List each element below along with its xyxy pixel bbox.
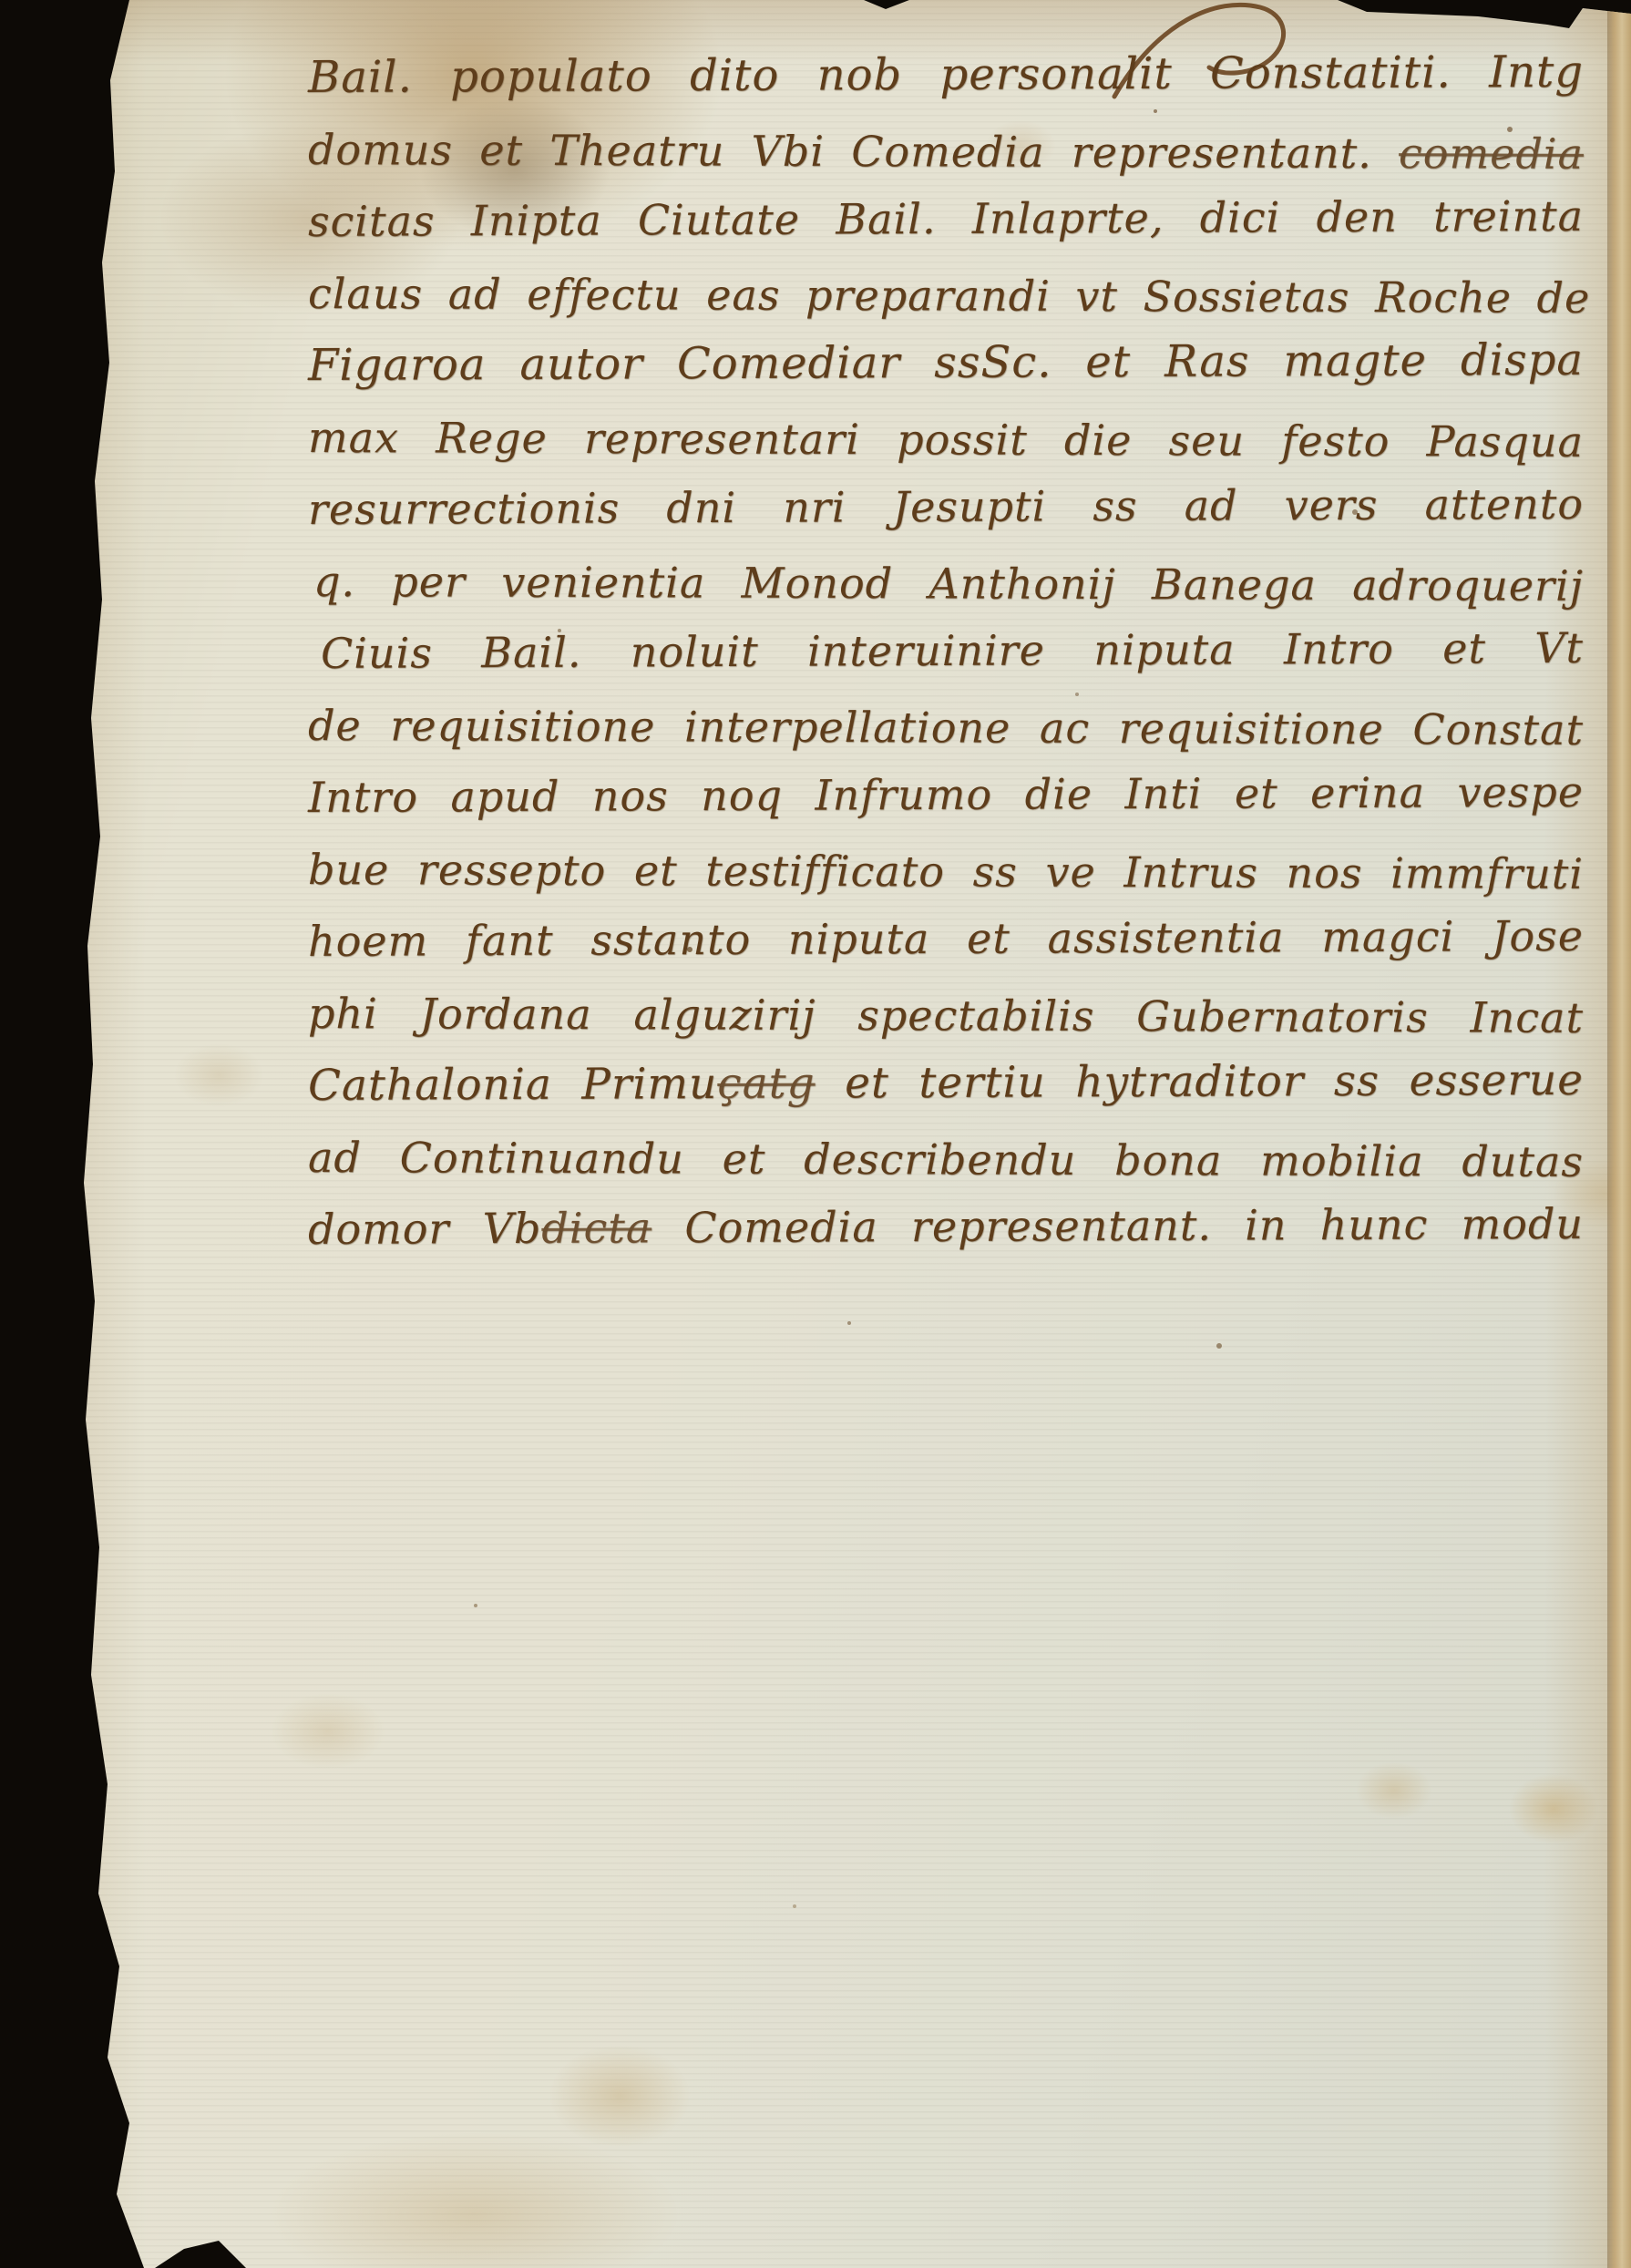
struck-text: comedia <box>1399 128 1584 179</box>
line-text: max Rege representari possit die seu fes… <box>308 413 1584 467</box>
manuscript-page: Bail. populato dito nob personalit Const… <box>0 0 1631 2268</box>
line-text: domor Vb <box>308 1204 542 1254</box>
line-text: resurrectionis dni nri Jesupti ss ad ver… <box>308 479 1584 534</box>
line-text: de requisitione interpellatione ac requi… <box>308 701 1584 754</box>
ink-specks <box>0 0 4 4</box>
line-text: phi Jordana alguzirij spectabilis Gubern… <box>308 989 1584 1042</box>
manuscript-line: domor Vbdicta Comedia representant. in h… <box>308 1188 1584 1266</box>
manuscript-line: Figaroa autor Comediar ssSc. et Ras magt… <box>308 324 1584 402</box>
line-text: ad Continuandu et describendu bona mobil… <box>308 1133 1584 1186</box>
manuscript-line: scitas Inipta Ciutate Bail. Inlaprte, di… <box>308 180 1584 258</box>
manuscript-line: max Rege representari possit die seu fes… <box>308 402 1584 478</box>
struck-text: çatg <box>717 1059 815 1109</box>
manuscript-line: de requisitione interpellatione ac requi… <box>308 690 1584 766</box>
manuscript-text: Bail. populato dito nob personalit Const… <box>308 42 1584 1266</box>
line-text: hoem fant sstanto niputa et assistentia … <box>308 911 1584 966</box>
page-fold-edge <box>1607 7 1631 2268</box>
manuscript-line: Bail. populato dito nob personalit Const… <box>308 36 1584 114</box>
manuscript-line: claus ad effectu eas preparandi vt Sossi… <box>308 258 1584 334</box>
line-text: Comedia representant. in hunc modu <box>651 1199 1584 1252</box>
manuscript-line: phi Jordana alguzirij spectabilis Gubern… <box>308 978 1584 1054</box>
manuscript-line: bue ressepto et testifficato ss ve Intru… <box>308 834 1584 910</box>
line-text: Ciuis Bail. noluit interuinire niputa In… <box>321 623 1584 678</box>
manuscript-line: hoem fant sstanto niputa et assistentia … <box>308 900 1584 978</box>
manuscript-line: Ciuis Bail. noluit interuinire niputa In… <box>308 612 1584 690</box>
manuscript-line: Intro apud nos noq Infrumo die Inti et e… <box>308 756 1584 834</box>
line-text: q. per venientia Monod Anthonij Banega a… <box>313 557 1584 611</box>
struck-text: dicta <box>541 1203 651 1253</box>
line-text: domus et Theatru Vbi Comedia representan… <box>308 125 1399 178</box>
manuscript-line: domus et Theatru Vbi Comedia representan… <box>308 114 1584 190</box>
manuscript-line: Cathalonia Primuçatg et tertiu hytradito… <box>308 1044 1584 1122</box>
line-text: bue ressepto et testifficato ss ve Intru… <box>308 845 1584 898</box>
line-text: Intro apud nos noq Infrumo die Inti et e… <box>308 767 1584 822</box>
manuscript-line: q. per venientia Monod Anthonij Banega a… <box>308 546 1584 622</box>
line-text: scitas Inipta Ciutate Bail. Inlaprte, di… <box>308 191 1584 246</box>
line-text: claus ad effectu eas preparandi vt Sossi… <box>308 269 1590 323</box>
line-text: Cathalonia Primu <box>308 1059 718 1111</box>
manuscript-line: ad Continuandu et describendu bona mobil… <box>308 1122 1584 1198</box>
manuscript-line: resurrectionis dni nri Jesupti ss ad ver… <box>308 468 1584 546</box>
line-text: Figaroa autor Comediar ssSc. et Ras magt… <box>308 334 1584 391</box>
line-text: et tertiu hytraditor ss esserue <box>815 1055 1585 1109</box>
line-text: Bail. populato dito nob personalit Const… <box>308 46 1584 103</box>
